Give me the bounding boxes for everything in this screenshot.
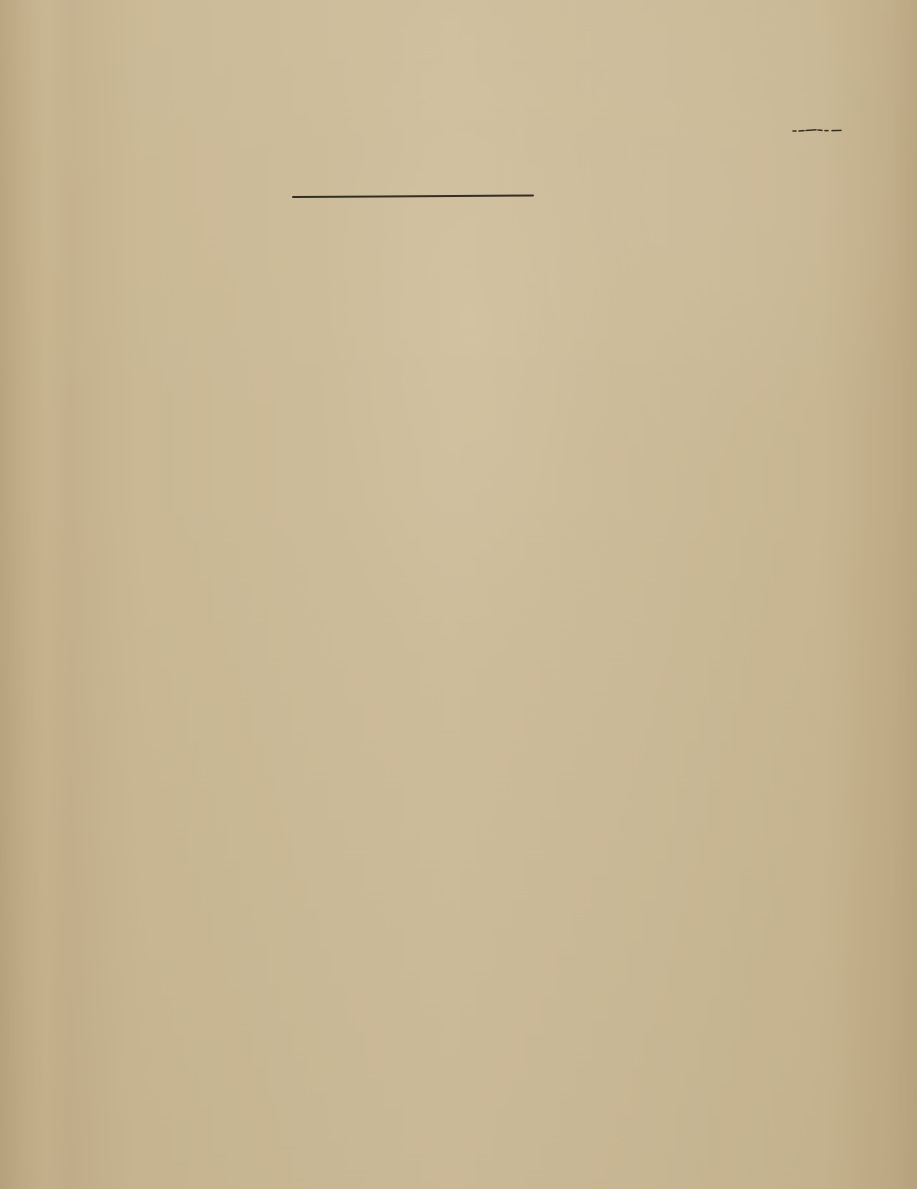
- blank-paper-page: [0, 0, 917, 1189]
- dashed-pen-mark: [792, 128, 844, 132]
- horizontal-rule: [292, 195, 534, 198]
